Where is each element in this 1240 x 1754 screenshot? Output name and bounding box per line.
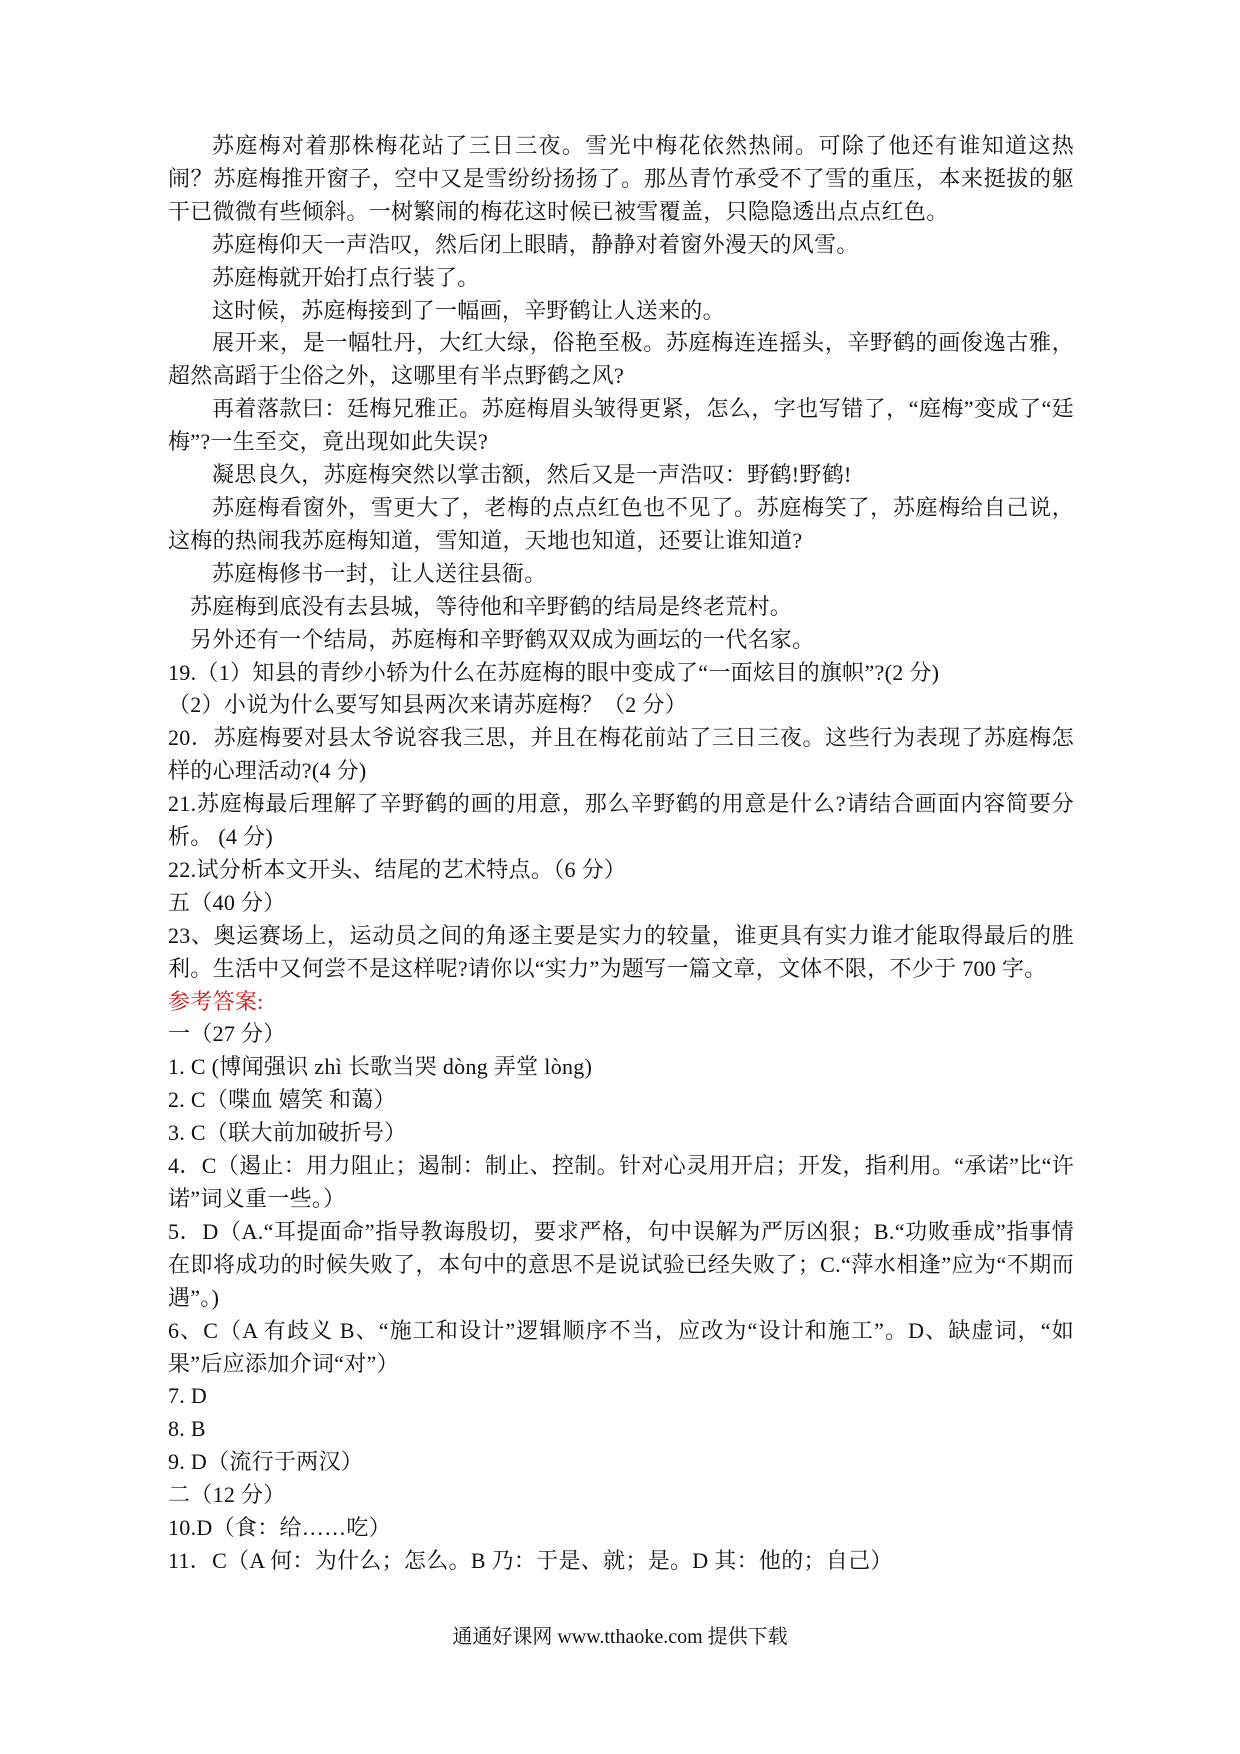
answer-10: 10.D（食：给……吃） <box>168 1512 1074 1545</box>
story-paragraph-6: 再着落款曰：廷梅兄雅正。苏庭梅眉头皱得更紧，怎么，字也写错了，“庭梅”变成了“廷… <box>168 393 1074 459</box>
answer-7: 7. D <box>168 1380 1074 1413</box>
answer-1: 1. C (博闻强识 zhì 长歌当哭 dòng 弄堂 lòng) <box>168 1051 1074 1084</box>
answer-4: 4．C（遏止：用力阻止；遏制：制止、控制。针对心灵用开启；开发，指利用。“承诺”… <box>168 1150 1074 1216</box>
story-paragraph-1: 苏庭梅对着那株梅花站了三日三夜。雪光中梅花依然热闹。可除了他还有谁知道这热闹？苏… <box>168 130 1074 229</box>
answer-2: 2. C（喋血 嬉笑 和蔼） <box>168 1084 1074 1117</box>
answer-key-heading: 参考答案: <box>168 986 1074 1019</box>
footer-watermark: 通通好课网 www.tthaoke.com 提供下载 <box>0 1622 1240 1652</box>
answer-8: 8. B <box>168 1413 1074 1446</box>
story-paragraph-8: 苏庭梅看窗外，雪更大了，老梅的点点红色也不见了。苏庭梅笑了，苏庭梅给自己说，这梅… <box>168 492 1074 558</box>
question-19-part1: 19.（1）知县的青纱小轿为什么在苏庭梅的眼中变成了“一面炫目的旗帜”?(2 分… <box>168 657 1074 690</box>
answer-5: 5．D（A.“耳提面命”指导教诲殷切，要求严格，句中误解为严厉凶狠；B.“功败垂… <box>168 1216 1074 1315</box>
document-page: 苏庭梅对着那株梅花站了三日三夜。雪光中梅花依然热闹。可除了他还有谁知道这热闹？苏… <box>168 130 1074 1578</box>
story-paragraph-5: 展开来，是一幅牡丹，大红大绿，俗艳至极。苏庭梅连连摇头，辛野鹤的画俊逸古雅，超然… <box>168 327 1074 393</box>
story-paragraph-11: 另外还有一个结局，苏庭梅和辛野鹤双双成为画坛的一代名家。 <box>168 624 1074 657</box>
question-19-part2: （2）小说为什么要写知县两次来请苏庭梅？（2 分） <box>168 689 1074 722</box>
answer-6: 6、C（A 有歧义 B、“施工和设计”逻辑顺序不当，应改为“设计和施工”。D、缺… <box>168 1315 1074 1381</box>
story-paragraph-4: 这时候，苏庭梅接到了一幅画，辛野鹤让人送来的。 <box>168 295 1074 328</box>
question-23: 23、奥运赛场上，运动员之间的角逐主要是实力的较量，谁更具有实力谁才能取得最后的… <box>168 920 1074 986</box>
answer-3: 3. C（联大前加破折号） <box>168 1117 1074 1150</box>
story-paragraph-2: 苏庭梅仰天一声浩叹，然后闭上眼睛，静静对着窗外漫天的风雪。 <box>168 229 1074 262</box>
story-paragraph-7: 凝思良久，苏庭梅突然以掌击额，然后又是一声浩叹：野鹤!野鹤! <box>168 459 1074 492</box>
answer-9: 9. D（流行于两汉） <box>168 1446 1074 1479</box>
question-22: 22.试分析本文开头、结尾的艺术特点。（6 分） <box>168 854 1074 887</box>
answer-section-one-heading: 一（27 分） <box>168 1018 1074 1051</box>
story-paragraph-9: 苏庭梅修书一封，让人送往县衙。 <box>168 558 1074 591</box>
story-paragraph-3: 苏庭梅就开始打点行装了。 <box>168 262 1074 295</box>
answer-11: 11．C（A 何：为什么；怎么。B 乃：于是、就；是。D 其：他的；自己） <box>168 1545 1074 1578</box>
question-21: 21.苏庭梅最后理解了辛野鹤的画的用意，那么辛野鹤的用意是什么?请结合画面内容简… <box>168 788 1074 854</box>
answer-section-two-heading: 二（12 分） <box>168 1479 1074 1512</box>
question-20: 20．苏庭梅要对县太爷说容我三思，并且在梅花前站了三日三夜。这些行为表现了苏庭梅… <box>168 722 1074 788</box>
section-five-heading: 五（40 分） <box>168 887 1074 920</box>
story-paragraph-10: 苏庭梅到底没有去县城，等待他和辛野鹤的结局是终老荒村。 <box>168 591 1074 624</box>
